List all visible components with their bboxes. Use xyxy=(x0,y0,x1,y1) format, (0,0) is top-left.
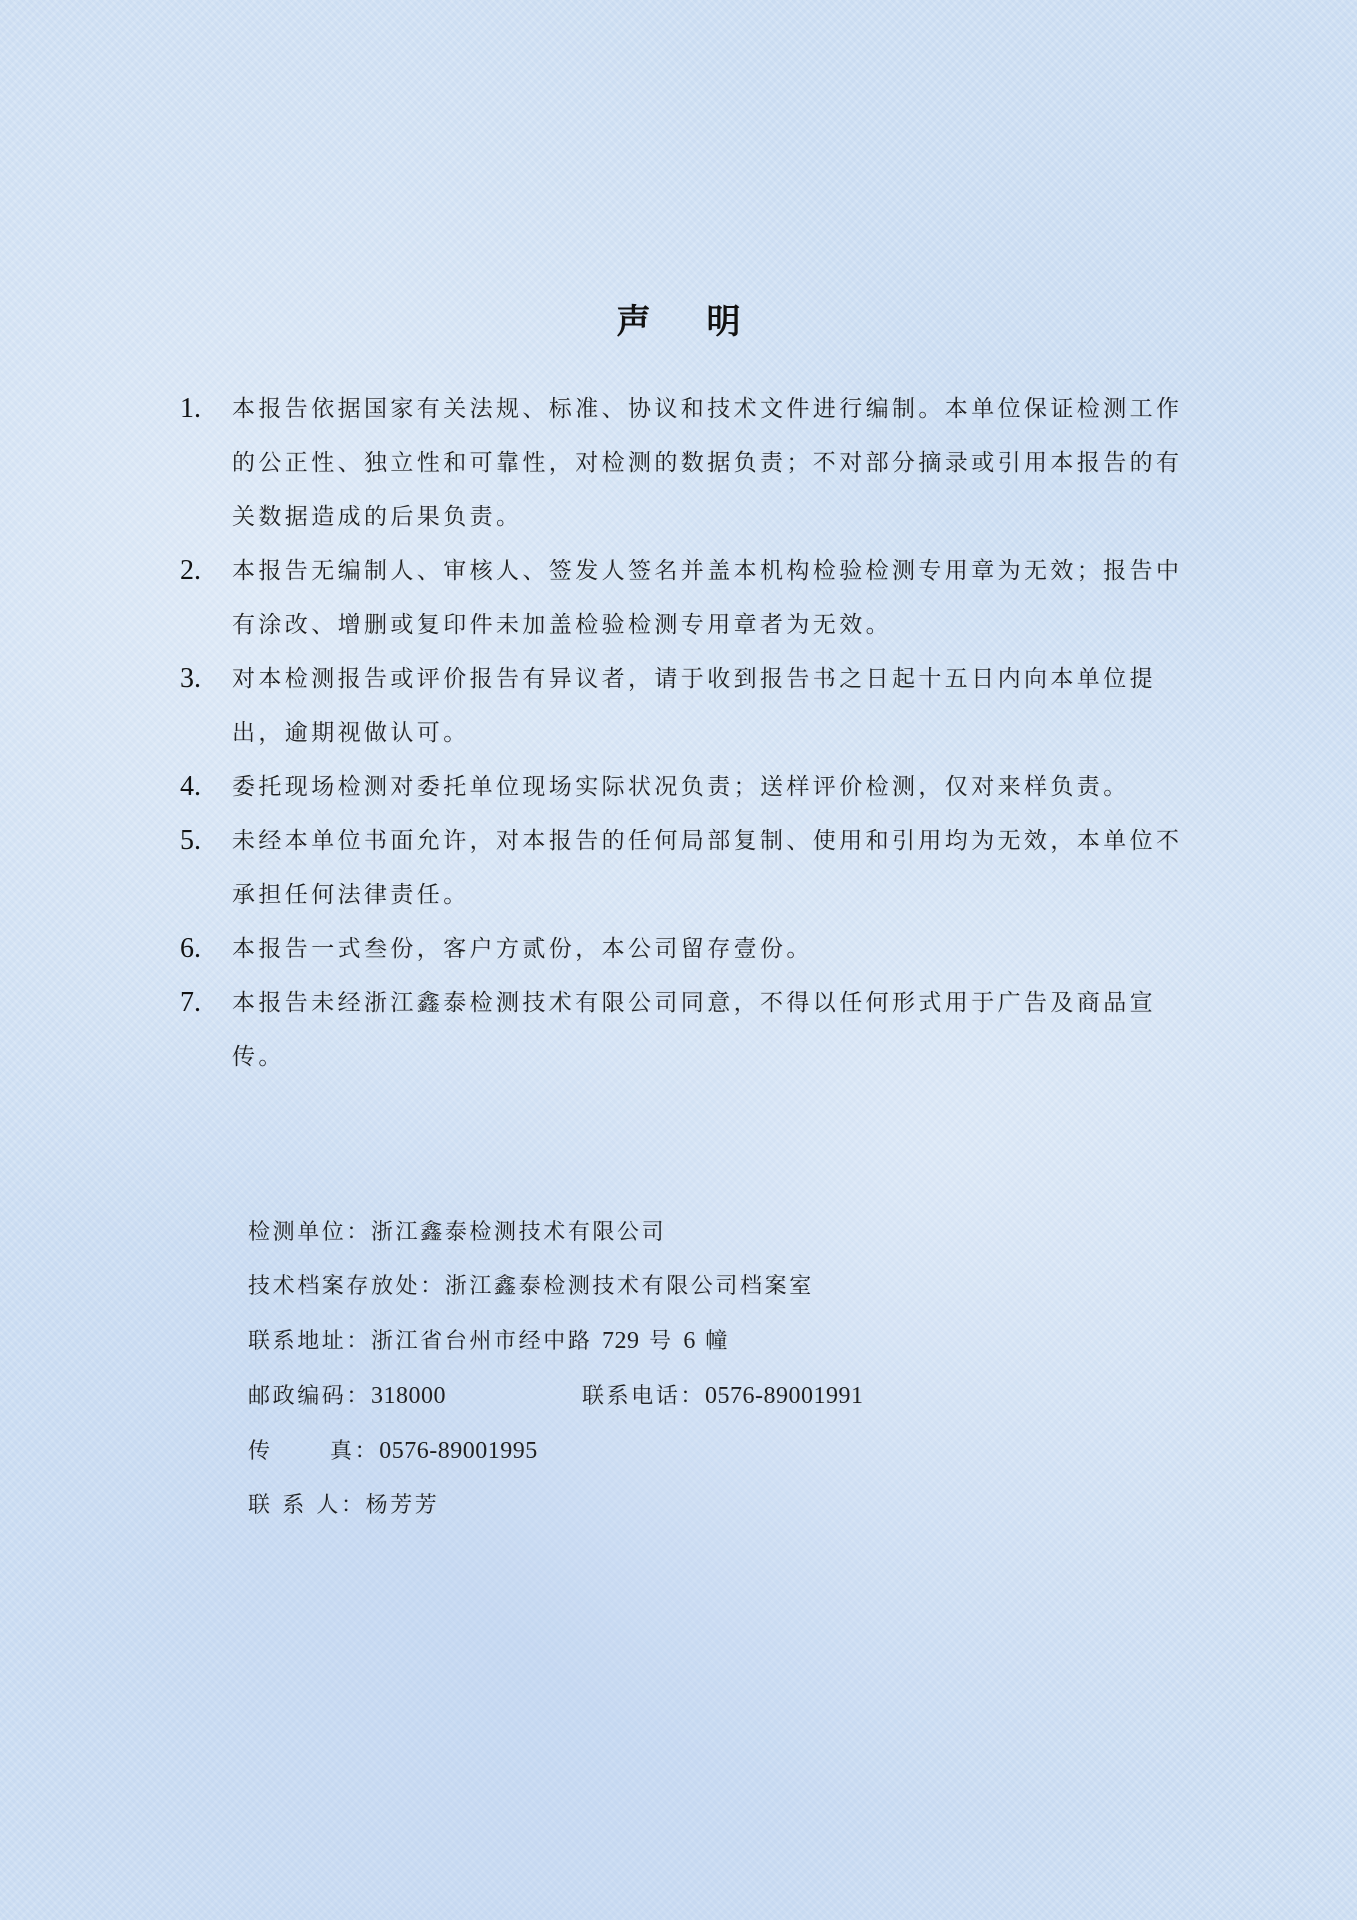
address-label: 联系地址： xyxy=(248,1329,371,1354)
item-text: 未经本单位书面允许，对本报告的任何局部复制、使用和引用均为无效，本单位不承担任何… xyxy=(232,828,1182,908)
phone-label: 联系电话： xyxy=(582,1384,705,1409)
item-number: 3. xyxy=(180,652,201,706)
archive-value: 浙江鑫泰检测技术有限公司档案室 xyxy=(445,1274,814,1299)
statement-list: 1. 本报告依据国家有关法规、标准、协议和技术文件进行编制。本单位保证检测工作的… xyxy=(180,382,1200,1084)
item-number: 4. xyxy=(180,760,201,814)
document-page: 声明 1. 本报告依据国家有关法规、标准、协议和技术文件进行编制。本单位保证检测… xyxy=(0,0,1357,1920)
statement-item: 5. 未经本单位书面允许，对本报告的任何局部复制、使用和引用均为无效，本单位不承… xyxy=(180,814,1200,922)
fax-label-first: 传 xyxy=(248,1425,330,1479)
contact-person-label: 联 系 人： xyxy=(248,1493,366,1518)
address-suffix: 幢 xyxy=(705,1329,730,1354)
statement-item: 6. 本报告一式叁份，客户方贰份，本公司留存壹份。 xyxy=(180,922,1200,976)
fax-row: 传真：0576-89001995 xyxy=(248,1424,1048,1479)
address-prefix: 浙江省台州市经中路 xyxy=(371,1329,592,1354)
item-text: 本报告未经浙江鑫泰检测技术有限公司同意，不得以任何形式用于广告及商品宣传。 xyxy=(232,990,1156,1070)
fax-label-second: 真： xyxy=(330,1439,379,1464)
statement-item: 3. 对本检测报告或评价报告有异议者，请于收到报告书之日起十五日内向本单位提出，… xyxy=(180,652,1200,760)
item-number: 2. xyxy=(180,544,201,598)
item-number: 7. xyxy=(180,976,201,1030)
item-number: 5. xyxy=(180,814,201,868)
contact-person-row: 联 系 人：杨芳芳 xyxy=(248,1479,1048,1533)
archive-row: 技术档案存放处：浙江鑫泰检测技术有限公司档案室 xyxy=(248,1260,1048,1314)
statement-item: 1. 本报告依据国家有关法规、标准、协议和技术文件进行编制。本单位保证检测工作的… xyxy=(180,382,1200,544)
phone-value: 0576-89001991 xyxy=(705,1383,864,1409)
address-number: 729 xyxy=(602,1328,640,1354)
page-title: 声明 xyxy=(0,294,1357,343)
item-text: 本报告一式叁份，客户方贰份，本公司留存壹份。 xyxy=(232,936,813,962)
statement-item: 4. 委托现场检测对委托单位现场实际状况负责；送样评价检测，仅对来样负责。 xyxy=(180,760,1200,814)
item-text: 对本检测报告或评价报告有异议者，请于收到报告书之日起十五日内向本单位提出，逾期视… xyxy=(232,666,1156,746)
fax-value: 0576-89001995 xyxy=(379,1438,538,1464)
testing-unit-label: 检测单位： xyxy=(248,1220,371,1245)
item-text: 本报告依据国家有关法规、标准、协议和技术文件进行编制。本单位保证检测工作的公正性… xyxy=(232,396,1182,530)
statement-item: 7. 本报告未经浙江鑫泰检测技术有限公司同意，不得以任何形式用于广告及商品宣传。 xyxy=(180,976,1200,1084)
contact-info: 检测单位：浙江鑫泰检测技术有限公司 技术档案存放处：浙江鑫泰检测技术有限公司档案… xyxy=(248,1206,1048,1533)
statement-item: 2. 本报告无编制人、审核人、签发人签名并盖本机构检验检测专用章为无效；报告中有… xyxy=(180,544,1200,652)
testing-unit-row: 检测单位：浙江鑫泰检测技术有限公司 xyxy=(248,1206,1048,1260)
postcode-label: 邮政编码： xyxy=(248,1384,371,1409)
item-text: 委托现场检测对委托单位现场实际状况负责；送样评价检测，仅对来样负责。 xyxy=(232,774,1130,800)
archive-label: 技术档案存放处： xyxy=(248,1274,445,1299)
address-mid: 号 xyxy=(649,1329,674,1354)
item-number: 6. xyxy=(180,922,201,976)
contact-person-value: 杨芳芳 xyxy=(366,1493,440,1518)
item-number: 1. xyxy=(180,382,201,436)
address-building: 6 xyxy=(683,1328,696,1354)
item-text: 本报告无编制人、审核人、签发人签名并盖本机构检验检测专用章为无效；报告中有涂改、… xyxy=(232,558,1182,638)
postcode-value: 318000 xyxy=(371,1383,446,1409)
testing-unit-value: 浙江鑫泰检测技术有限公司 xyxy=(371,1220,666,1245)
address-row: 联系地址：浙江省台州市经中路 729 号 6 幢 xyxy=(248,1314,1048,1369)
postcode-phone-row: 邮政编码：318000联系电话：0576-89001991 xyxy=(248,1369,1048,1424)
